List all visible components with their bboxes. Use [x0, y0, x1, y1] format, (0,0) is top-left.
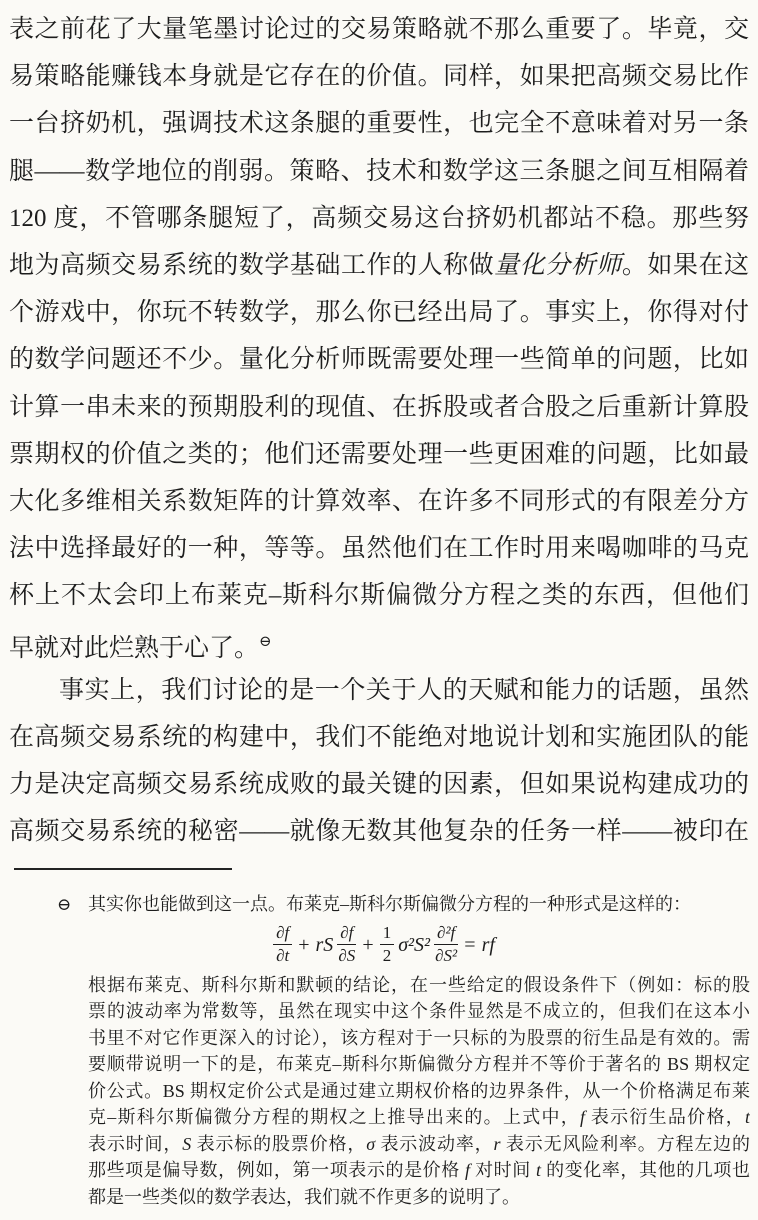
footnote-marker-icon: ⊖ [57, 892, 71, 919]
footnote-line: 票的波动率为常数等，虽然在现实中这个条件显然是不成立的，但我们在这本小 [88, 998, 750, 1025]
body-line: 腿——数学地位的削弱。策略、技术和数学这三条腿之间互相隔着 [9, 148, 749, 195]
footnote-line: 那些项是偏导数，例如，第一项表示的是价格 f 对时间 t 的变化率，其他的几项也 [88, 1157, 750, 1184]
footnote: ⊖ 其实你也能做到这一点。布莱克–斯科尔斯偏微分方程的一种形式是这样的： ∂f … [88, 891, 750, 1210]
body-line: 法中选择最好的一种，等等。虽然他们在工作时用来喝咖啡的马克 [9, 525, 749, 572]
book-page: 表之前花了大量笔墨讨论过的交易策略就不那么重要了。毕竟，交 易策略能赚钱本身就是… [0, 0, 758, 1220]
fraction-d2f-dS2: ∂²f ∂S² [434, 923, 458, 967]
emphasis-text: r [494, 1134, 501, 1154]
formula-numerator: ∂f [273, 923, 292, 945]
body-line: 计算一串未来的预期股利的现值、在拆股或者合股之后重新计算股 [9, 384, 749, 431]
footnote-separator [14, 868, 232, 870]
footnote-line: 根据布莱克、斯科尔斯和默顿的结论，在一些给定的假设条件下（例如：标的股 [88, 972, 750, 999]
text-segment: 对时间 [470, 1160, 536, 1180]
emphasis-text: σ [366, 1134, 375, 1154]
body-line: 高频交易系统的秘密——就像无数其他复杂的任务一样——被印在 [9, 808, 749, 855]
body-line: 杯上不太会印上布莱克–斯科尔斯偏微分方程之类的东西，但他们 [9, 572, 749, 619]
formula-denominator: 2 [383, 945, 392, 966]
emphasis-text: 量化分析师 [494, 252, 622, 279]
plus-operator: + [360, 932, 375, 959]
emphasis-text: S [182, 1134, 191, 1154]
text-segment: 表示无风险利率。方程左边的 [501, 1134, 750, 1154]
body-line: 力是决定高频交易系统成败的最关键的因素，但如果说构建成功的 [9, 761, 749, 808]
body-line-paragraph-start: 事实上，我们讨论的是一个关于人的天赋和能力的话题，虽然 [9, 667, 749, 714]
footnote-line: 都是一些类似的数学表达，我们就不作更多的说明了。 [88, 1184, 750, 1211]
formula-term-rf: rf [482, 932, 495, 959]
footnote-reference-mark: ⊖ [259, 634, 272, 650]
text-segment: 克–斯科尔斯偏微分方程的期权之上推导出来的。上式中， [88, 1107, 580, 1127]
footnote-line: 要顺带说明一下的是，布莱克–斯科尔斯偏微分方程并不等价于著名的 BS 期权定 [88, 1051, 750, 1078]
footnote-line: 克–斯科尔斯偏微分方程的期权之上推导出来的。上式中，f 表示衍生品价格，t [88, 1104, 750, 1131]
text-segment: 。如果在这 [622, 252, 749, 279]
text-segment: 表示衍生品价格， [585, 1107, 745, 1127]
footnote-line: 表示时间，S 表示标的股票价格，σ 表示波动率，r 表示无风险利率。方程左边的 [88, 1131, 750, 1158]
body-line: 一台挤奶机，强调技术这条腿的重要性，也完全不意味着对另一条 [9, 100, 749, 147]
body-line: 120 度，不管哪条腿短了，高频交易这台挤奶机都站不稳。那些努力 [9, 195, 749, 242]
text-segment: 表示标的股票价格， [191, 1134, 366, 1154]
body-line: 在高频交易系统的构建中，我们不能绝对地说计划和实施团队的能 [9, 714, 749, 761]
formula-denominator: ∂S [338, 945, 355, 966]
formula-term-rS: rS [315, 932, 333, 959]
body-line: 票期权的价值之类的；他们还需要处理一些更困难的问题，比如最 [9, 431, 749, 478]
formula-term-sigma2S2: σ²S² [398, 932, 430, 959]
emphasis-text: t [745, 1107, 750, 1127]
formula-numerator: 1 [380, 923, 395, 945]
text-segment: 表示波动率， [375, 1134, 493, 1154]
formula-numerator: ∂f [337, 923, 356, 945]
plus-operator: + [296, 932, 311, 959]
body-line: 表之前花了大量笔墨讨论过的交易策略就不那么重要了。毕竟，交 [9, 6, 749, 53]
text-segment: 那些项是偏导数，例如，第一项表示的是价格 [88, 1160, 465, 1180]
fraction-df-dS: ∂f ∂S [337, 923, 356, 967]
body-line: 地为高频交易系统的数学基础工作的人称做量化分析师。如果在这 [9, 242, 749, 289]
footnote-line: 书里不对它作更深入的讨论），该方程对于一只标的为股票的衍生品是有效的。需 [88, 1025, 750, 1052]
text-segment: 地为高频交易系统的数学基础工作的人称做 [9, 252, 494, 279]
body-line: 易策略能赚钱本身就是它存在的价值。同样，如果把高频交易比作 [9, 53, 749, 100]
fraction-one-half: 1 2 [380, 923, 395, 967]
text-segment: 早就对此烂熟于心了。 [9, 635, 259, 662]
body-line: 个游戏中，你玩不转数学，那么你已经出局了。事实上，你得对付 [9, 289, 749, 336]
equals-operator: = [462, 932, 477, 959]
footnote-line: 价公式。BS 期权定价公式是通过建立期权价格的边界条件，从一个价格满足布莱 [88, 1078, 750, 1105]
body-line-paragraph-end: 早就对此烂熟于心了。⊖ [9, 619, 749, 666]
text-segment: 表示时间， [88, 1134, 182, 1154]
body-line: 大化多维相关系数矩阵的计算效率、在许多不同形式的有限差分方 [9, 478, 749, 525]
formula-denominator: ∂S² [435, 945, 457, 966]
formula-numerator: ∂²f [434, 923, 458, 945]
black-scholes-pde-formula: ∂f ∂t + rS ∂f ∂S + 1 2 σ²S² ∂²f ∂S² = rf [88, 918, 750, 972]
body-line: 的数学问题还不少。量化分析师既需要处理一些简单的问题，比如 [9, 336, 749, 383]
footnote-line: 其实你也能做到这一点。布莱克–斯科尔斯偏微分方程的一种形式是这样的： [88, 891, 750, 918]
body-text: 表之前花了大量笔墨讨论过的交易策略就不那么重要了。毕竟，交 易策略能赚钱本身就是… [9, 6, 749, 855]
text-segment: 的变化率，其他的几项也 [541, 1160, 750, 1180]
fraction-df-dt: ∂f ∂t [273, 923, 292, 967]
formula-denominator: ∂t [276, 945, 289, 966]
